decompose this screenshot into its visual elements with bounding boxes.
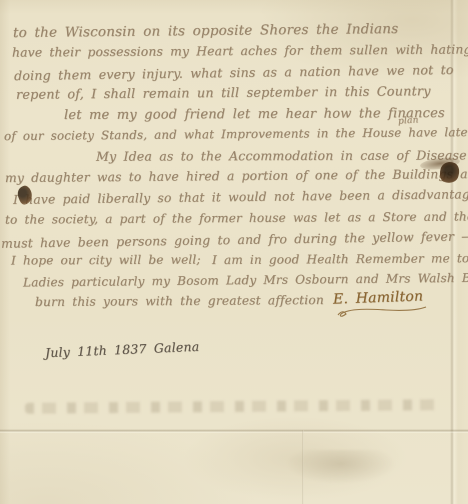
handwriting-line: burn this yours with the greatest affect… [35, 293, 324, 309]
handwriting-line: I hope our city will be well; [11, 253, 201, 268]
paper-fold-crease [0, 429, 468, 433]
signature: E. Hamilton [333, 288, 424, 307]
signature-flourish-icon [334, 306, 430, 320]
paper-stain [286, 450, 396, 484]
handwriting-line: I am in good Health Remember me to the [212, 251, 468, 267]
handwriting-line: let me my good friend let me hear how th… [64, 106, 445, 123]
scanned-letter-image: to the Wisconsin on its opposite Shores … [0, 0, 468, 504]
handwriting-insertion: plan [398, 115, 419, 126]
handwriting-line: My Idea as to the Accommodation in case … [96, 147, 468, 163]
